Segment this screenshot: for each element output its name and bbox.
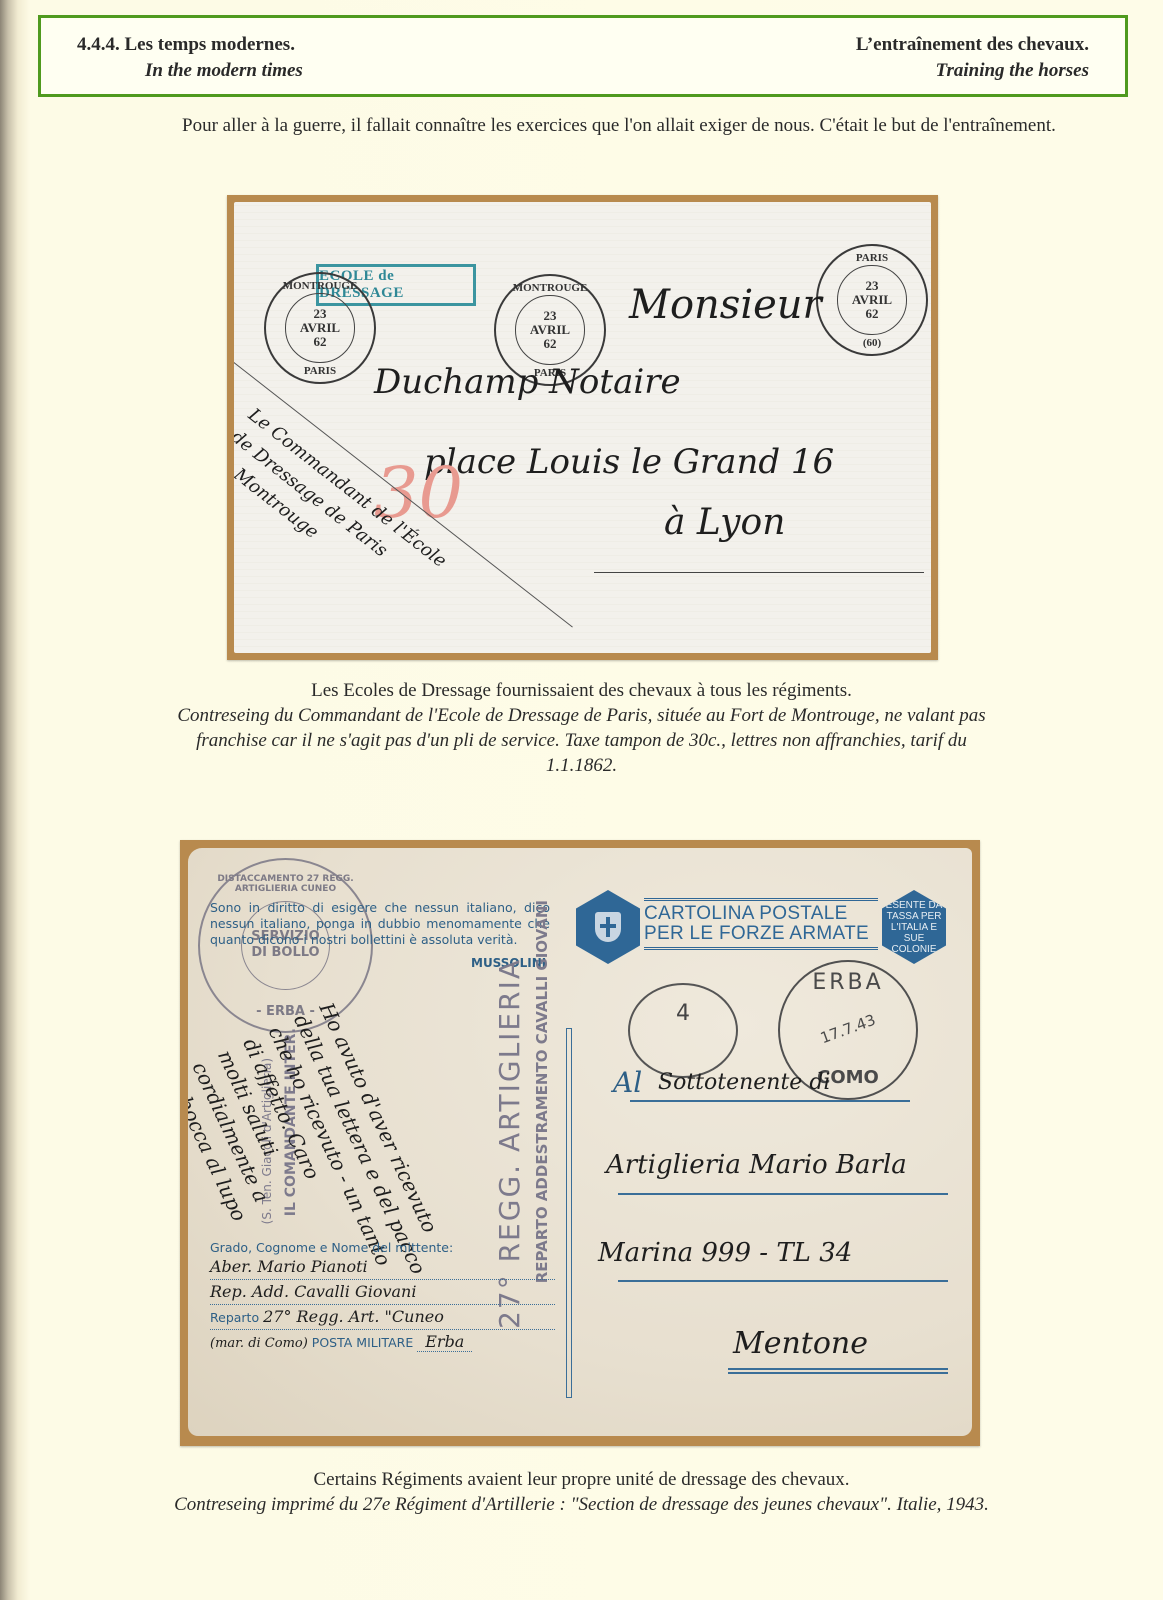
- topic-subtitle: Training the horses: [936, 60, 1089, 82]
- postcard-1943: DISTACCAMENTO 27 REGG. ARTIGLIERIA CUNEO…: [188, 848, 972, 1436]
- postmark-paris: PARIS 23AVRIL62 (60): [816, 244, 928, 356]
- cover-1862: ECOLE de DRESSAGE MONTROUGE 23AVRIL62 PA…: [234, 202, 931, 653]
- address-line: place Louis le Grand 16: [424, 442, 834, 482]
- intro-paragraph: Pour aller à la guerre, il fallait conna…: [182, 113, 1102, 139]
- caption-main: Certains Régiments avaient leur propre u…: [313, 1469, 849, 1490]
- sender-name: Aber. Mario Pianoti: [210, 1257, 368, 1276]
- topic-title: L’entraînement des chevaux.: [856, 34, 1089, 56]
- address-rule: [618, 1280, 948, 1282]
- caption-postcard-1943: Certains Régiments avaient leur propre u…: [0, 1467, 1163, 1517]
- posta-militare-value: Erba: [417, 1332, 472, 1352]
- section-header: 4.4.4. Les temps modernes. In the modern…: [38, 15, 1128, 97]
- posta-militare-label: POSTA MILITARE: [312, 1335, 413, 1350]
- postmark-number: 4: [628, 983, 738, 1078]
- postmark-montrouge-1: MONTROUGE 23AVRIL62 PARIS: [264, 272, 376, 384]
- address-line: Artiglieria Mario Barla: [606, 1150, 907, 1180]
- shield-cross-icon: [595, 912, 621, 942]
- caption-cover-1862: Les Ecoles de Dressage fournissaient des…: [0, 678, 1163, 778]
- reparto-extra: (mar. di Como): [210, 1336, 308, 1351]
- address-rule: [630, 1100, 910, 1102]
- address-line: Mentone: [733, 1326, 868, 1361]
- address-rule: [728, 1372, 948, 1374]
- card-title: CARTOLINA POSTALE PER LE FORZE ARMATE: [644, 898, 878, 950]
- section-title: 4.4.4. Les temps modernes.: [77, 34, 295, 56]
- address-prefix: Al: [613, 1066, 642, 1099]
- underline: [594, 572, 924, 573]
- caption-detail: Contreseing du Commandant de l'Ecole de …: [162, 703, 1002, 778]
- caption-detail: Contreseing imprimé du 27e Régiment d'Ar…: [0, 1492, 1163, 1517]
- caption-main: Les Ecoles de Dressage fournissaient des…: [311, 680, 852, 701]
- address-line: Sottotenente di: [658, 1070, 830, 1095]
- postcard-1943-mount: DISTACCAMENTO 27 REGG. ARTIGLIERIA CUNEO…: [180, 840, 980, 1446]
- address-line: Duchamp Notaire: [374, 362, 681, 402]
- cover-1862-mount: ECOLE de DRESSAGE MONTROUGE 23AVRIL62 PA…: [227, 195, 938, 660]
- sender-unit: Rep. Add. Cavalli Giovani: [210, 1282, 416, 1301]
- address-rule: [728, 1368, 948, 1370]
- address-rule: [618, 1193, 948, 1195]
- printed-quote: Sono in diritto di esigere che nessun it…: [210, 900, 550, 948]
- sender-block: Grado, Cognome e Nome del mittente: Aber…: [210, 1240, 555, 1356]
- section-subtitle: In the modern times: [145, 60, 303, 82]
- exempt-badge: ESENTE DA TASSA PER L'ITALIA E SUE COLON…: [882, 890, 946, 964]
- reparto-vertical-stamp: REPARTO ADDESTRAMENTO CAVALLI GIOVANI: [533, 900, 551, 1283]
- address-line: Monsieur: [629, 282, 822, 328]
- sender-label: Grado, Cognome e Nome del mittente:: [210, 1240, 555, 1255]
- address-line: à Lyon: [664, 502, 785, 543]
- address-line: Marina 999 - TL 34: [598, 1238, 852, 1268]
- card-divider: [566, 1028, 572, 1398]
- reparto-value: 27° Regg. Art. "Cuneo: [263, 1307, 444, 1326]
- reparto-label: Reparto: [210, 1310, 259, 1325]
- savoy-arms-emblem: [576, 890, 640, 964]
